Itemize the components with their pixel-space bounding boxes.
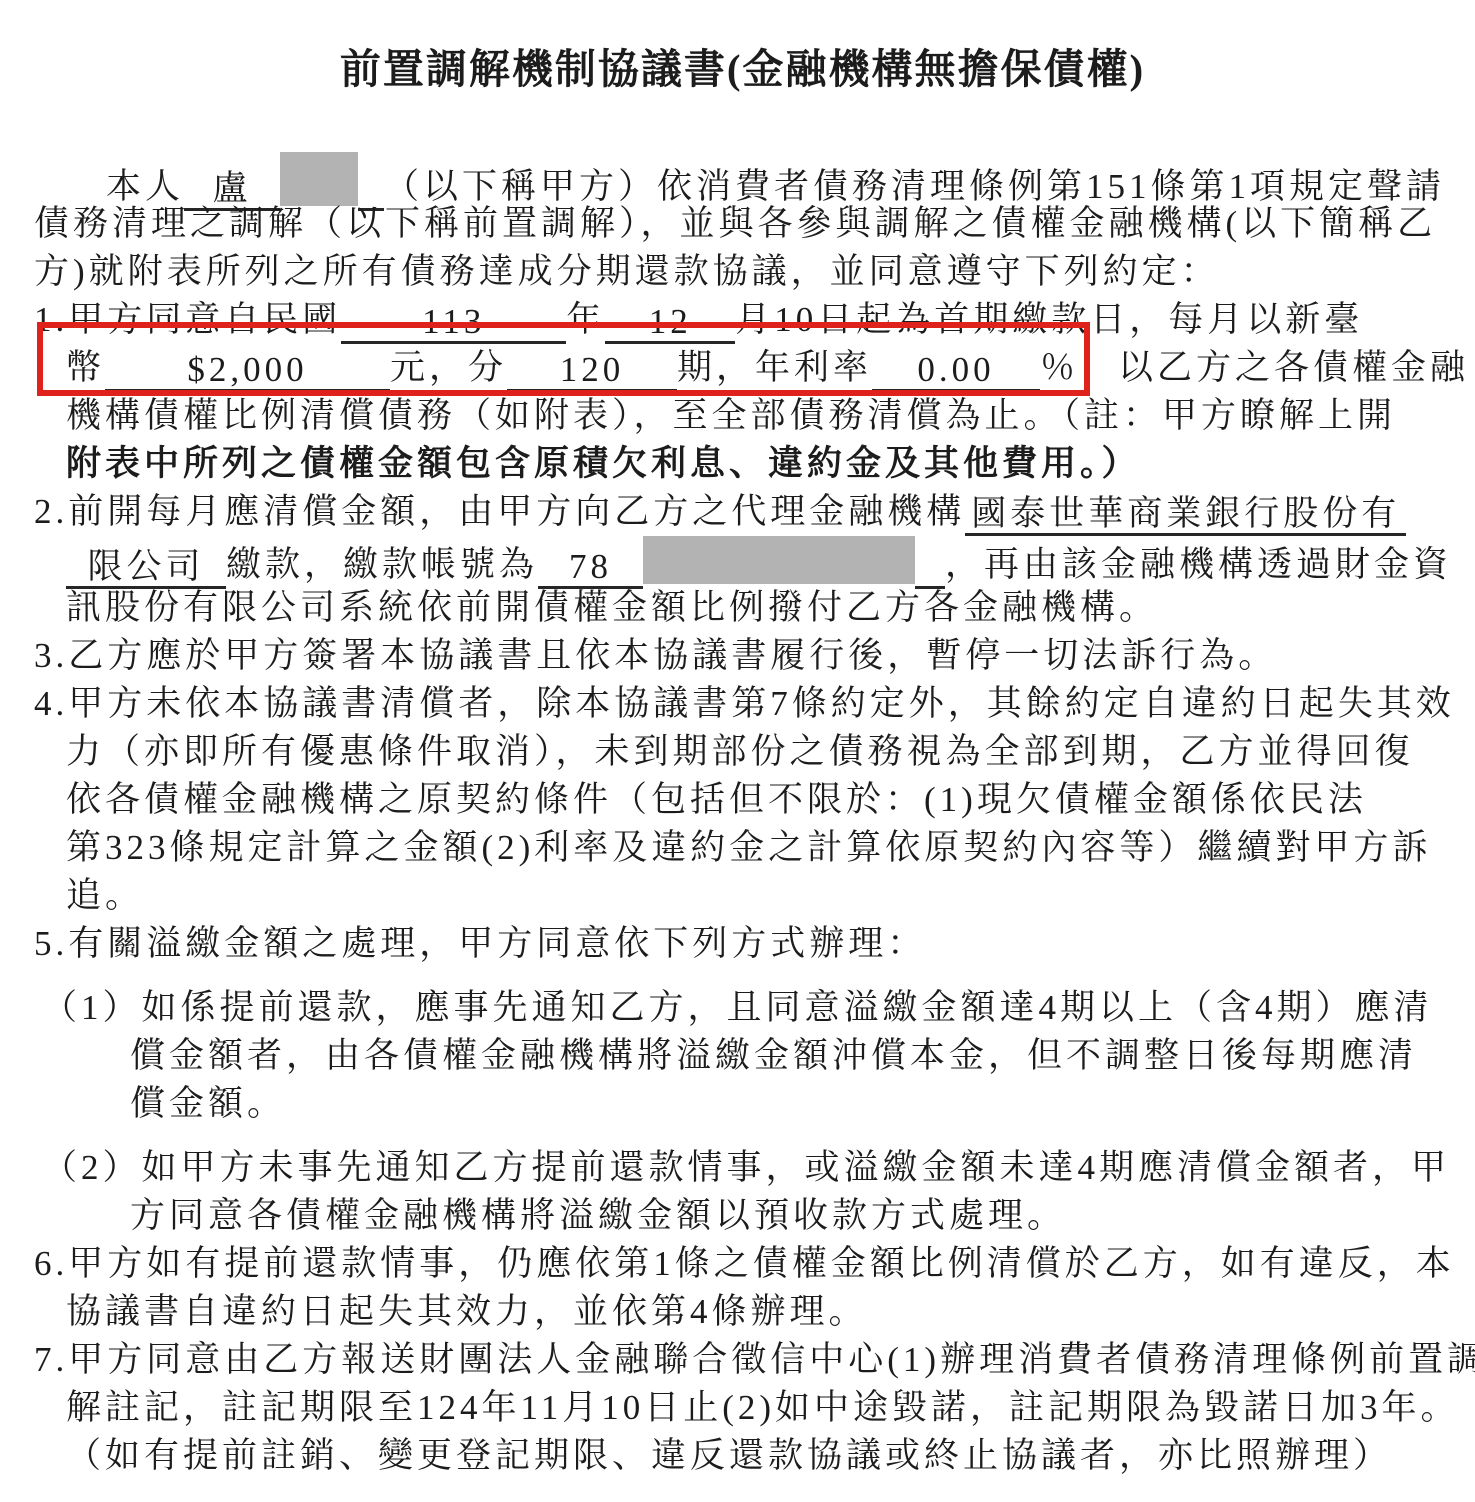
document-text: ％ 以乙方之各債權金融: [1040, 348, 1469, 387]
document-text: 繳款，繳款帳號為: [226, 545, 538, 584]
document-text: 4.甲方未依本協議書清償者，除本協議書第7條約定外，其餘約定自違約日起失其效: [34, 684, 1455, 723]
intro-line-3: 方)就附表所列之所有債務達成分期還款協議，並同意遵守下列約定：: [34, 248, 1451, 296]
fill-in-value: [915, 545, 945, 589]
item1-line-4: 附表中所列之債權金額包含原積欠利息、違約金及其他費用。）: [66, 440, 1451, 488]
item2-line-3: 訊股份有限公司系統依前開債權金額比例撥付乙方各金融機構。: [66, 584, 1451, 632]
item5-sub2-line-2: 方同意各債權金融機構將溢繳金額以預收款方式處理。: [130, 1192, 1451, 1240]
item1-line-1: 1.甲方同意自民國113年12月10日起為首期繳款日，每月以新臺: [34, 296, 1451, 344]
document-text: 協議書自違約日起失其效力，並依第4條辦理。: [66, 1292, 868, 1331]
item6-line-1: 6.甲方如有提前還款情事，仍應依第1條之債權金額比例清償於乙方，如有違反，本: [34, 1240, 1451, 1288]
item1-line-2: 幣$2,000元，分120期，年利率0.00％ 以乙方之各債權金融: [66, 344, 1451, 392]
scanned-document: 前置調解機制協議書(金融機構無擔保債權) 本人盧（以下稱甲方）依消費者債務清理條…: [0, 0, 1475, 1480]
document-text: 5.有關溢繳金額之處理，甲方同意依下列方式辦理：: [34, 924, 926, 963]
document-text: 機構債權比例清償債務（如附表），至全部債務清償為止。（註：甲方瞭解上開: [66, 396, 1396, 435]
document-text: （如有提前註銷、變更登記期限、違反還款協議或終止協議者，亦比照辦理）: [66, 1436, 1392, 1475]
item4-line-1: 4.甲方未依本協議書清償者，除本協議書第7條約定外，其餘約定自違約日起失其效: [34, 680, 1451, 728]
fill-in-value: 113: [341, 300, 566, 344]
fill-in-value: 限公司: [66, 545, 226, 589]
fill-in-value: 國泰世華商業銀行股份有: [965, 492, 1406, 536]
fill-in-value: 12: [605, 300, 735, 344]
document-text: 年: [566, 300, 605, 339]
fill-in-value: 78: [538, 545, 643, 589]
document-text: （2）如甲方未事先通知乙方提前還款情事，或溢繳金額未達4期應清償金額者，甲: [42, 1148, 1450, 1187]
item4-line-2: 力（亦即所有優惠條件取消），未到期部份之債務視為全部到期，乙方並得回復: [66, 728, 1451, 776]
document-text: 元，分: [390, 348, 507, 387]
item7-line-3: （如有提前註銷、變更登記期限、違反還款協議或終止協議者，亦比照辦理）: [66, 1432, 1451, 1480]
fill-in-value: 0.00: [872, 348, 1040, 392]
document-text: 第323條規定計算之金額(2)利率及違約金之計算依原契約內容等）繼續對甲方訴: [66, 828, 1431, 867]
document-text: 期，年利率: [677, 348, 872, 387]
document-text: 幣: [66, 348, 105, 387]
document-body: 本人盧（以下稱甲方）依消費者債務清理條例第151條第1項規定聲請債務清理之調解（…: [34, 152, 1451, 1480]
document-text: 附表中所列之債權金額包含原積欠利息、違約金及其他費用。）: [66, 444, 1141, 483]
document-text: 方)就附表所列之所有債務達成分期還款協議，並同意遵守下列約定：: [34, 252, 1220, 291]
item5-line-1: 5.有關溢繳金額之處理，甲方同意依下列方式辦理：: [34, 920, 1451, 968]
item1-line-3: 機構債權比例清償債務（如附表），至全部債務清償為止。（註：甲方瞭解上開: [66, 392, 1451, 440]
document-text: 依各債權金融機構之原契約條件（包括但不限於：(1)現欠債權金額係依民法: [66, 780, 1367, 819]
item2-line-1: 2.前開每月應清償金額，由甲方向乙方之代理金融機構國泰世華商業銀行股份有: [34, 488, 1451, 536]
item5-sub1-line-1: （1）如係提前還款，應事先通知乙方，且同意溢繳金額達4期以上（含4期）應清: [42, 984, 1451, 1032]
page-title: 前置調解機制協議書(金融機構無擔保債權): [34, 40, 1451, 98]
item5-sub1-line-3: 償金額。: [130, 1080, 1451, 1128]
intro-line-2: 債務清理之調解（以下稱前置調解），並與各參與調解之債權金融機構(以下簡稱乙: [34, 200, 1451, 248]
redaction-box: [280, 152, 358, 206]
document-text: 方同意各債權金融機構將溢繳金額以預收款方式處理。: [130, 1196, 1066, 1235]
document-text: 1.甲方同意自民國: [34, 300, 341, 339]
document-text: 月10日起為首期繳款日，每月以新臺: [735, 300, 1363, 339]
item4-line-3: 依各債權金融機構之原契約條件（包括但不限於：(1)現欠債權金額係依民法: [66, 776, 1451, 824]
fill-in-value: $2,000: [105, 348, 390, 392]
document-text: 2.前開每月應清償金額，由甲方向乙方之代理金融機構: [34, 492, 965, 531]
document-text: 3.乙方應於甲方簽署本協議書且依本協議書履行後，暫停一切法訴行為。: [34, 636, 1277, 675]
document-text: 償金額者，由各債權金融機構將溢繳金額沖償本金，但不調整日後每期應清: [130, 1036, 1417, 1075]
document-text: ，再由該金融機構透過財金資: [945, 545, 1452, 584]
document-text: 追。: [66, 876, 144, 915]
item7-line-1: 7.甲方同意由乙方報送財團法人金融聯合徵信中心(1)辦理消費者債務清理條例前置調: [34, 1336, 1451, 1384]
item4-line-5: 追。: [66, 872, 1451, 920]
item3-line-1: 3.乙方應於甲方簽署本協議書且依本協議書履行後，暫停一切法訴行為。: [34, 632, 1451, 680]
document-text: 訊股份有限公司系統依前開債權金額比例撥付乙方各金融機構。: [66, 588, 1158, 627]
document-text: （1）如係提前還款，應事先通知乙方，且同意溢繳金額達4期以上（含4期）應清: [42, 988, 1433, 1027]
fill-in-value: 120: [507, 348, 677, 392]
document-text: 7.甲方同意由乙方報送財團法人金融聯合徵信中心(1)辦理消費者債務清理條例前置調: [34, 1340, 1475, 1379]
document-text: 解註記，註記期限至124年11月10日止(2)如中途毀諾，註記期限為毀諾日加3年…: [66, 1388, 1460, 1427]
item4-line-4: 第323條規定計算之金額(2)利率及違約金之計算依原契約內容等）繼續對甲方訴: [66, 824, 1451, 872]
document-text: 債務清理之調解（以下稱前置調解），並與各參與調解之債權金融機構(以下簡稱乙: [34, 204, 1436, 243]
redaction-box: [643, 536, 915, 584]
item5-sub1-line-2: 償金額者，由各債權金融機構將溢繳金額沖償本金，但不調整日後每期應清: [130, 1032, 1451, 1080]
item6-line-2: 協議書自違約日起失其效力，並依第4條辦理。: [66, 1288, 1451, 1336]
document-text: 力（亦即所有優惠條件取消），未到期部份之債務視為全部到期，乙方並得回復: [66, 732, 1414, 771]
item7-line-2: 解註記，註記期限至124年11月10日止(2)如中途毀諾，註記期限為毀諾日加3年…: [66, 1384, 1451, 1432]
document-text: 償金額。: [130, 1084, 286, 1123]
document-text: 6.甲方如有提前還款情事，仍應依第1條之債權金額比例清償於乙方，如有違反，本: [34, 1244, 1455, 1283]
intro-line-1: 本人盧（以下稱甲方）依消費者債務清理條例第151條第1項規定聲請: [106, 152, 1451, 200]
item5-sub2-line-1: （2）如甲方未事先通知乙方提前還款情事，或溢繳金額未達4期應清償金額者，甲: [42, 1144, 1451, 1192]
item2-line-2: 限公司繳款，繳款帳號為78，再由該金融機構透過財金資: [66, 536, 1451, 584]
